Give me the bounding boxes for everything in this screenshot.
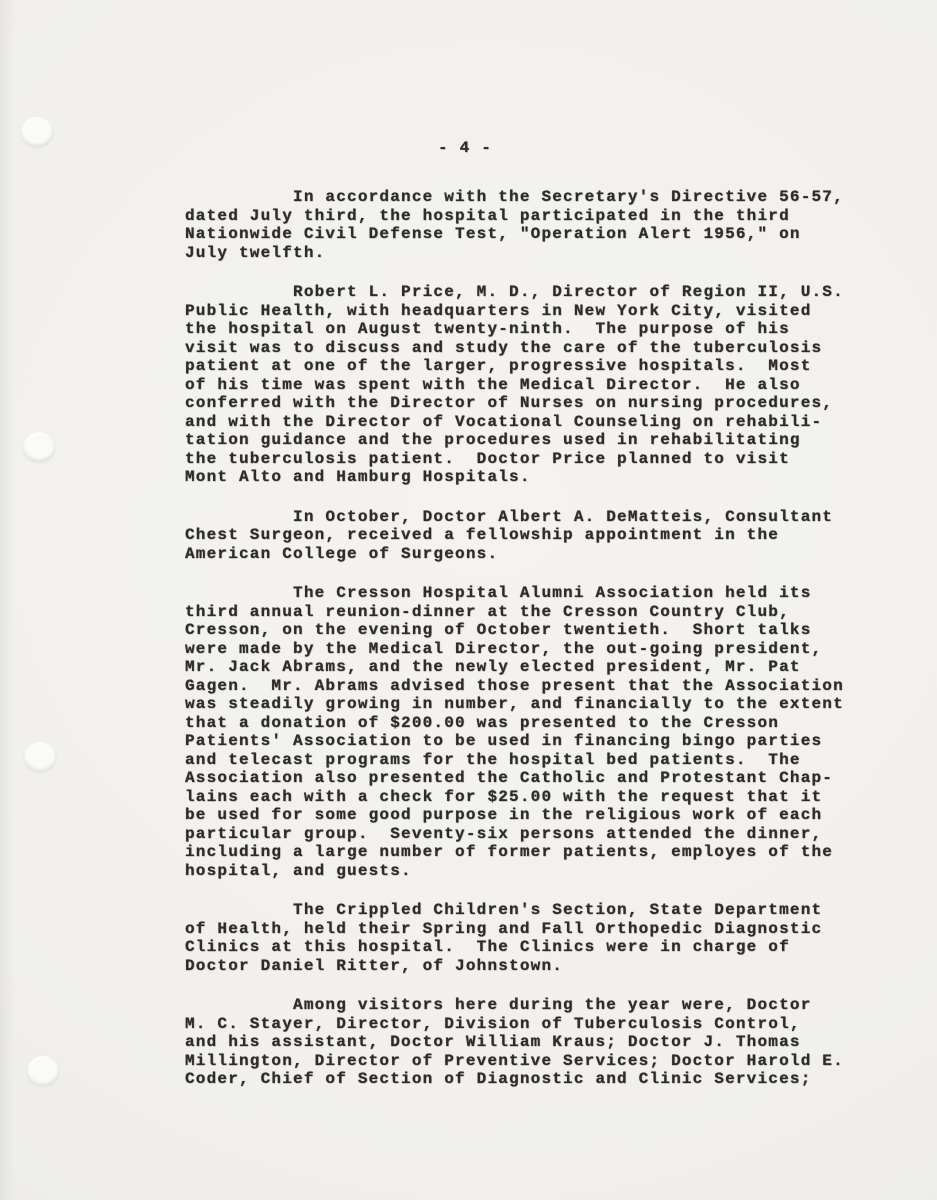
paragraph-alumni-association-dinner: The Cresson Hospital Alumni Association … xyxy=(185,584,875,880)
punch-hole xyxy=(21,117,53,147)
page-number: - 4 - xyxy=(438,139,492,157)
paragraph-civil-defense-test: In accordance with the Secretary's Direc… xyxy=(185,188,875,262)
punch-hole xyxy=(27,1056,59,1086)
scanned-document-page: - 4 - In accordance with the Secretary's… xyxy=(0,0,937,1200)
paragraph-dematteis-fellowship: In October, Doctor Albert A. DeMatteis, … xyxy=(185,508,875,564)
punch-hole xyxy=(24,742,56,772)
punch-hole xyxy=(23,432,55,462)
paragraph-visitors-during-year: Among visitors here during the year were… xyxy=(185,996,875,1089)
paragraph-robert-price-visit: Robert L. Price, M. D., Director of Regi… xyxy=(185,283,875,487)
document-body: In accordance with the Secretary's Direc… xyxy=(185,188,875,1089)
paragraph-crippled-childrens-clinics: The Crippled Children's Section, State D… xyxy=(185,901,875,975)
